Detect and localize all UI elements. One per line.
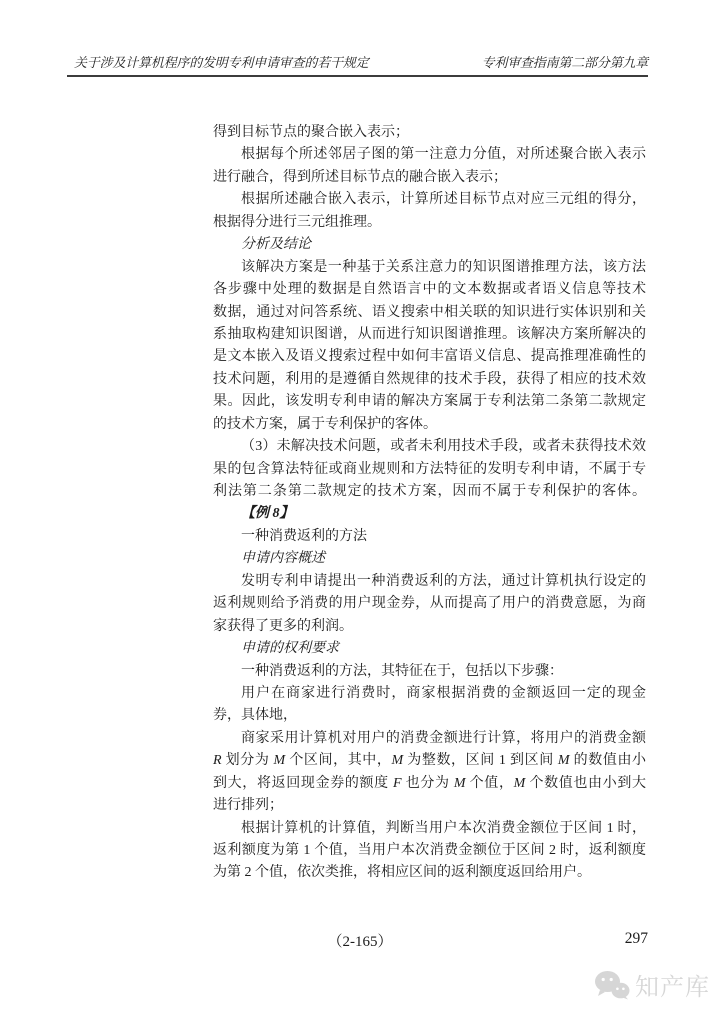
text-line: 果。因此，该发明专利申请的解决方案属于专利法第二条第二款规定 [213,391,646,413]
header-right-title: 专利审查指南第二部分第九章 [482,52,648,71]
text-line: 发明专利申请提出一种消费返利的方法，通过计算机执行设定的 [213,571,646,593]
text-line: 一种消费返利的方法 [213,526,646,548]
header-left-title: 关于涉及计算机程序的发明专利申请审查的若干规定 [67,52,368,71]
body-text: 得到目标节点的聚合嵌入表示；根据每个所述邻居子图的第一注意力分值，对所述聚合嵌入… [213,122,646,885]
watermark-label: 知产库 [635,967,710,1002]
document-page: 关于涉及计算机程序的发明专利申请审查的若干规定 专利审查指南第二部分第九章 得到… [0,0,720,1018]
text-line: 利法第二条第二款规定的技术方案，因而不属于专利保护的客体。 [213,481,646,503]
text-line: 数据，通过对问答系统、语义搜索中相关联的知识进行实体识别和关 [213,302,646,324]
text-line: 商家采用计算机对用户的消费金额进行计算，将用户的消费金额 [213,728,646,750]
text-line: 申请内容概述 [213,548,646,570]
text-line: 申请的权利要求 [213,638,646,660]
text-line: 是文本嵌入及语义搜索过程中如何丰富语义信息、提高推理准确性的 [213,346,646,368]
text-line: 根据得分进行三元组推理。 [213,212,646,234]
text-line: 返利额度为第 1 个值，当用户本次消费金额位于区间 2 时，返利额度 [213,840,646,862]
text-line: 用户在商家进行消费时，商家根据消费的金额返回一定的现金 [213,683,646,705]
text-line: （3）未解决技术问题，或者未利用技术手段，或者未获得技术效 [213,436,646,458]
text-line: 果的包含算法特征或商业规则和方法特征的发明专利申请，不属于专 [213,459,646,481]
page-number: 297 [625,930,648,948]
watermark: 知产库 [594,967,710,1002]
text-line: 到大，将返回现金券的额度 F 也分为 M 个值，M 个数值也由小到大 [213,773,646,795]
text-line: 【例 8】 [213,503,646,525]
footer-section-label: （2-165） [0,930,720,951]
page-header: 关于涉及计算机程序的发明专利申请审查的若干规定 专利审查指南第二部分第九章 [67,52,648,77]
text-line: R 划分为 M 个区间，其中，M 为整数，区间 1 到区间 M 的数值由小 [213,750,646,772]
text-line: 为第 2 个值，依次类推，将相应区间的返利额度返回给用户。 [213,862,646,884]
text-line: 进行排列； [213,795,646,817]
text-line: 的技术方案，属于专利保护的客体。 [213,414,646,436]
text-line: 根据每个所述邻居子图的第一注意力分值，对所述聚合嵌入表示 [213,144,646,166]
text-line: 进行融合，得到所述目标节点的融合嵌入表示； [213,167,646,189]
text-line: 分析及结论 [213,234,646,256]
text-line: 系抽取构建知识图谱，从而进行知识图谱推理。该解决方案所解决的 [213,324,646,346]
text-line: 各步骤中处理的数据是自然语言中的文本数据或者语义信息等技术 [213,279,646,301]
wechat-icon [594,970,630,1000]
text-line: 根据计算机的计算值，判断当用户本次消费金额位于区间 1 时， [213,818,646,840]
text-line: 券，具体地， [213,705,646,727]
text-line: 技术问题，利用的是遵循自然规律的技术手段，获得了相应的技术效 [213,369,646,391]
text-line: 一种消费返利的方法，其特征在于，包括以下步骤： [213,661,646,683]
text-line: 根据所述融合嵌入表示，计算所述目标节点对应三元组的得分， [213,189,646,211]
text-line: 得到目标节点的聚合嵌入表示； [213,122,646,144]
text-line: 家获得了更多的利润。 [213,616,646,638]
text-line: 该解决方案是一种基于关系注意力的知识图谱推理方法，该方法 [213,257,646,279]
text-line: 返利规则给予消费的用户现金券，从而提高了用户的消费意愿，为商 [213,593,646,615]
